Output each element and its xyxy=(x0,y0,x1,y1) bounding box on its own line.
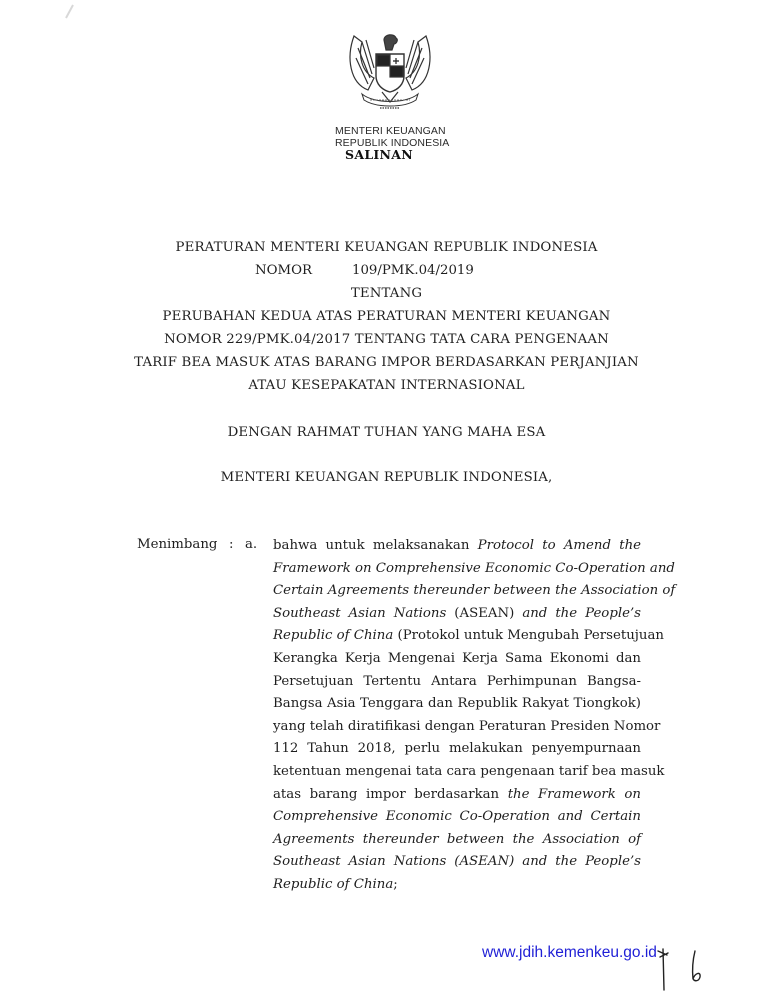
paragraph-line: Southeast Asian Nations (ASEAN) and the … xyxy=(273,851,641,874)
paragraph-line: Bangsa Asia Tenggara dan Republik Rakyat… xyxy=(273,693,641,716)
paragraph-line: Republic of China (Protokol untuk Mengub… xyxy=(273,625,641,648)
nomor-label: NOMOR xyxy=(255,263,312,278)
menimbang-label: Menimbang xyxy=(137,537,217,552)
paragraph-line: Certain Agreements thereunder between th… xyxy=(273,580,641,603)
scan-mark-icon xyxy=(62,4,76,20)
nomor-value: 109/PMK.04/2019 xyxy=(352,263,474,278)
paragraph-line: Framework on Comprehensive Economic Co-O… xyxy=(273,558,641,581)
preamble-issuer: MENTERI KEUANGAN REPUBLIK INDONESIA, xyxy=(0,470,773,485)
paragraph-line: bahwa untuk melaksanakan Protocol to Ame… xyxy=(273,535,641,558)
paragraph-line: Agreements thereunder between the Associ… xyxy=(273,829,641,852)
copy-stamp: SALINAN xyxy=(345,147,413,162)
paragraph-line: ketentuan mengenai tata cara pengenaan t… xyxy=(273,761,641,784)
paragraph-line: 112 Tahun 2018, perlu melakukan penyempu… xyxy=(273,738,641,761)
paragraph-line: Comprehensive Economic Co-Operation and … xyxy=(273,806,641,829)
preamble-rahmat: DENGAN RAHMAT TUHAN YANG MAHA ESA xyxy=(0,425,773,440)
letterhead-ministry: MENTERI KEUANGAN xyxy=(335,125,515,137)
paragraph-line: Kerangka Kerja Mengenai Kerja Sama Ekono… xyxy=(273,648,641,671)
paragraph-line: atas barang impor berdasarkan the Framew… xyxy=(273,784,641,807)
tentang-label: TENTANG xyxy=(0,286,773,301)
paragraph-line: yang telah diratifikasi dengan Peraturan… xyxy=(273,716,641,739)
paragraph-line: Southeast Asian Nations (ASEAN) and the … xyxy=(273,603,641,626)
handwritten-initials-icon xyxy=(655,945,705,995)
paragraph-line: Persetujuan Tertentu Antara Perhimpunan … xyxy=(273,671,641,694)
paragraph-line: Republic of China; xyxy=(273,874,641,897)
menimbang-paragraph: bahwa untuk melaksanakan Protocol to Ame… xyxy=(273,535,641,897)
menimbang-item-marker: a. xyxy=(245,537,257,552)
menimbang-colon: : xyxy=(229,537,233,552)
regulation-heading: PERATURAN MENTERI KEUANGAN REPUBLIK INDO… xyxy=(0,240,773,255)
subject-line: NOMOR 229/PMK.04/2017 TENTANG TATA CARA … xyxy=(0,332,773,347)
subject-line: ATAU KESEPAKATAN INTERNASIONAL xyxy=(0,378,773,393)
subject-line: TARIF BEA MASUK ATAS BARANG IMPOR BERDAS… xyxy=(0,355,773,370)
jdih-website-link[interactable]: www.jdih.kemenkeu.go.id xyxy=(482,944,657,962)
garuda-emblem-icon xyxy=(344,28,436,118)
subject-line: PERUBAHAN KEDUA ATAS PERATURAN MENTERI K… xyxy=(0,309,773,324)
